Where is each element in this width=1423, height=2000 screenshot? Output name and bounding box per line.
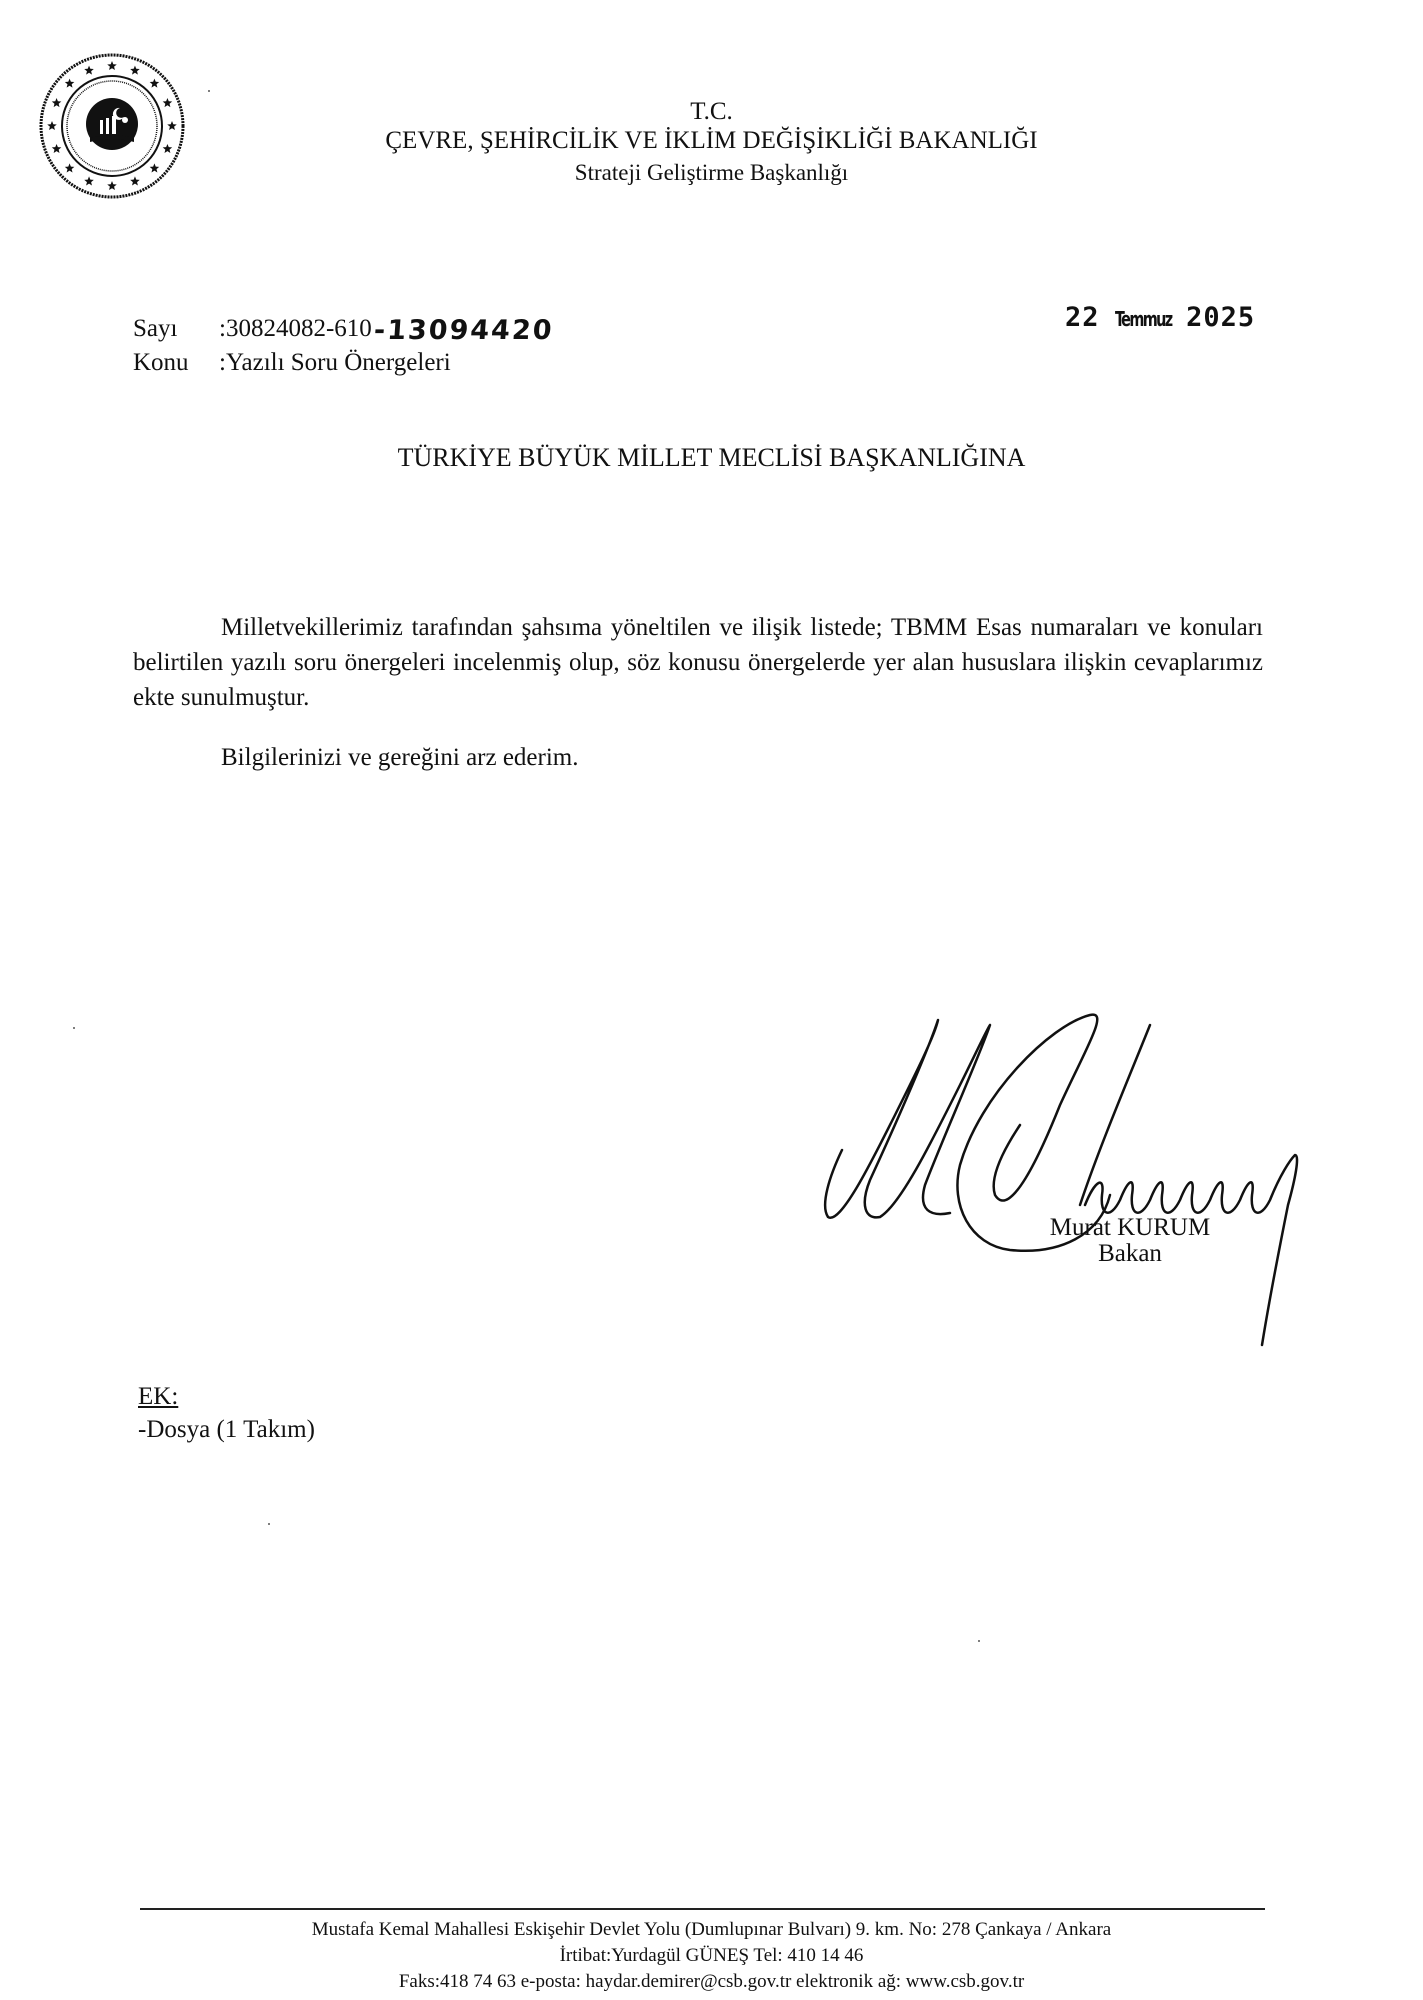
attachment-item: -Dosya (1 Takım) [138,1413,315,1446]
scan-speck [268,1523,270,1525]
konu-label: Konu [133,349,219,377]
attachments-title: EK: [138,1380,315,1413]
scan-speck [208,90,210,92]
date-month: Temmuz [1115,307,1171,331]
header-ministry: ÇEVRE, ŞEHİRCİLİK VE İKLİM DEĞİŞİKLİĞİ B… [0,127,1423,155]
date-day: 22 [1065,302,1100,333]
footer-address: Mustafa Kemal Mahallesi Eskişehir Devlet… [0,1917,1423,1943]
attachments: EK: -Dosya (1 Takım) [138,1380,315,1446]
closing-line: Bilgilerinizi ve gereğini arz ederim. [221,744,579,772]
footer-contact: İrtibat:Yurdagül GÜNEŞ Tel: 410 14 46 [0,1943,1423,1969]
date-stamp: 22Temmuz2025 [1065,302,1255,333]
konu-value: :Yazılı Soru Önergeleri [219,349,451,377]
signer-block: Murat KURUM Bakan [1030,1215,1230,1267]
header-unit: Strateji Geliştirme Başkanlığı [0,160,1423,186]
footer-fax-email-web: Faks:418 74 63 e-posta: haydar.demirer@c… [0,1969,1423,1995]
signer-title: Bakan [1030,1241,1230,1267]
body-paragraph: Milletvekillerimiz tarafından şahsıma yö… [133,610,1263,715]
sayi-value: :30824082-610 [219,315,372,346]
footer-divider [140,1908,1265,1910]
signer-name: Murat KURUM [1030,1215,1230,1241]
sayi-handwritten-number: -13094420 [373,315,555,346]
recipient-heading: TÜRKİYE BÜYÜK MİLLET MECLİSİ BAŞKANLIĞIN… [0,443,1423,473]
header-tc: T.C. [0,98,1423,126]
scan-speck [978,1640,980,1642]
signature-icon [810,1005,1350,1365]
sayi-label: Sayı [133,315,219,346]
date-year: 2025 [1186,302,1255,333]
scan-speck [73,1027,75,1029]
footer: Mustafa Kemal Mahallesi Eskişehir Devlet… [0,1917,1423,1995]
konu-row: Konu :Yazılı Soru Önergeleri [133,349,451,377]
sayi-row: Sayı :30824082-610 -13094420 [133,315,553,346]
